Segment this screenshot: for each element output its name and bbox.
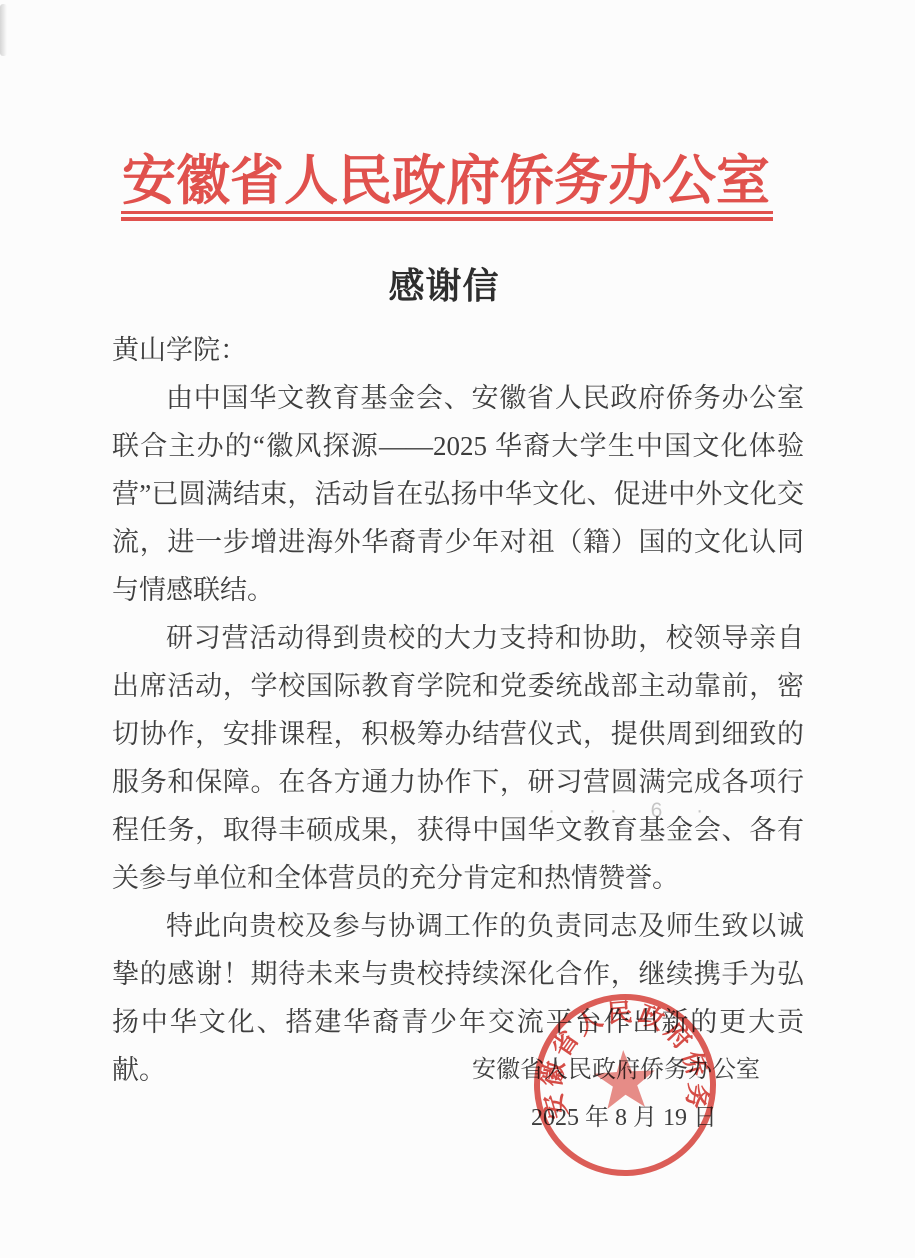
scan-artifact-mark: · ·· 6 · [548,799,717,823]
official-seal: 安徽省人民政府侨务办公室 [524,984,726,1186]
salutation: 黄山学院： [112,326,804,374]
seal-star-icon [593,1048,657,1109]
document-title: 感谢信 [0,258,888,309]
letter-page: 安徽省人民政府侨务办公室 感谢信 黄山学院： 由中国华文教育基金会、安徽省人民政… [0,0,915,1258]
letter-body: 黄山学院： 由中国华文教育基金会、安徽省人民政府侨务办公室联合主办的“徽风探源—… [112,326,804,1094]
letterhead-divider [121,211,773,221]
letterhead-title: 安徽省人民政府侨务办公室 [0,138,892,215]
scan-smudge [0,4,7,56]
seal-text: 安徽省人民政府侨务办公室 [524,984,714,1123]
paragraph-1: 由中国华文教育基金会、安徽省人民政府侨务办公室联合主办的“徽风探源——2025 … [112,374,804,614]
paragraph-2: 研习营活动得到贵校的大力支持和协助，校领导亲自出席活动，学校国际教育学院和党委统… [112,614,804,902]
svg-text:安徽省人民政府侨务办公室: 安徽省人民政府侨务办公室 [524,984,714,1123]
